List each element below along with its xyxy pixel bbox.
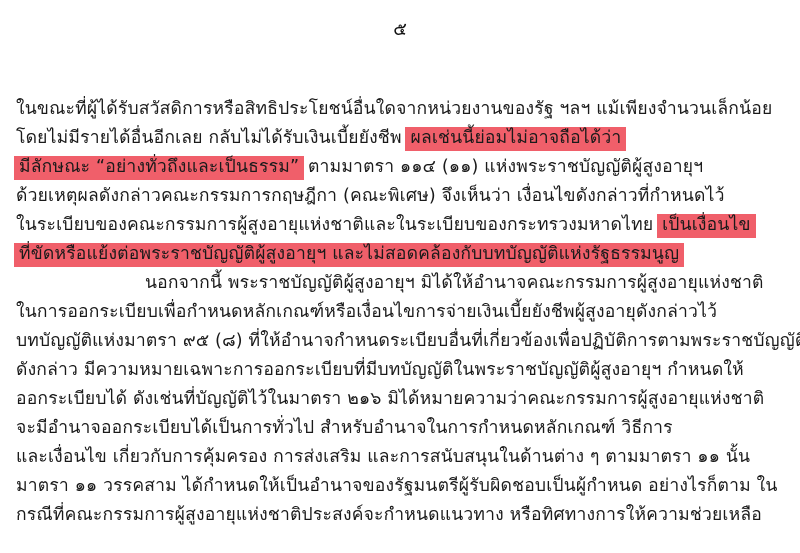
text-line: ที่ขัดหรือแย้งต่อพระราชบัญญัติผู้สูงอายุ… <box>16 239 786 269</box>
text-line: จะมีอำนาจออกระเบียบได้เป็นการทั่วไป สำหร… <box>16 413 786 443</box>
text-line: ในระเบียบของคณะกรรมการผู้สูงอายุแห่งชาติ… <box>16 210 786 240</box>
text-line: ในขณะที่ผู้ได้รับสวัสดิการหรือสิทธิประโย… <box>16 94 786 124</box>
page-number: ๕ <box>0 14 800 43</box>
text-run: ดังกล่าว มีความหมายเฉพาะการออกระเบียบที่… <box>16 360 744 380</box>
highlighted-text: เป็นเงื่อนไข <box>657 214 756 238</box>
text-run: โดยไม่มีรายได้อื่นอีกเลย กลับไม่ได้รับเง… <box>16 128 407 148</box>
highlighted-text: ที่ขัดหรือแย้งต่อพระราชบัญญัติผู้สูงอายุ… <box>14 243 684 267</box>
text-run: ออกระเบียบได้ ดังเช่นที่บัญญัติไว้ในมาตร… <box>16 389 764 409</box>
text-line: ดังกล่าว มีความหมายเฉพาะการออกระเบียบที่… <box>16 355 786 385</box>
text-run: ในขณะที่ผู้ได้รับสวัสดิการหรือสิทธิประโย… <box>16 99 772 119</box>
text-run: ในการออกระเบียบเพื่อกำหนดหลักเกณฑ์หรือเง… <box>16 302 717 322</box>
text-line: โดยไม่มีรายได้อื่นอีกเลย กลับไม่ได้รับเง… <box>16 123 786 153</box>
text-line: ออกระเบียบได้ ดังเช่นที่บัญญัติไว้ในมาตร… <box>16 384 786 414</box>
text-line: นอกจากนี้ พระราชบัญญัติผู้สูงอายุฯ มิได้… <box>145 268 800 298</box>
text-run: จะมีอำนาจออกระเบียบได้เป็นการทั่วไป สำหร… <box>16 418 673 438</box>
highlighted-text: มีลักษณะ “อย่างทั่วถึงและเป็นธรรม” <box>14 156 304 180</box>
text-run: มาตรา ๑๑ วรรคสาม ได้กำหนดให้เป็นอำนาจของ… <box>16 476 778 496</box>
text-run: ในระเบียบของคณะกรรมการผู้สูงอายุแห่งชาติ… <box>16 215 659 235</box>
text-line: ในการออกระเบียบเพื่อกำหนดหลักเกณฑ์หรือเง… <box>16 297 786 327</box>
highlighted-text: ผลเช่นนี้ย่อมไม่อาจถือได้ว่า <box>405 127 626 151</box>
text-run: และเงื่อนไข เกี่ยวกับการคุ้มครอง การส่งเ… <box>16 447 750 467</box>
text-line: ด้วยเหตุผลดังกล่าวคณะกรรมการกฤษฎีกา (คณะ… <box>16 181 786 211</box>
text-line: กรณีที่คณะกรรมการผู้สูงอายุแห่งชาติประสง… <box>16 500 786 530</box>
text-run: บทบัญญัติแห่งมาตรา ๙๕ (๘) ที่ให้อำนาจกำห… <box>16 331 800 351</box>
text-line: และเงื่อนไข เกี่ยวกับการคุ้มครอง การส่งเ… <box>16 442 786 472</box>
text-run: นอกจากนี้ พระราชบัญญัติผู้สูงอายุฯ มิได้… <box>145 273 764 293</box>
text-run: ด้วยเหตุผลดังกล่าวคณะกรรมการกฤษฎีกา (คณะ… <box>16 186 725 206</box>
text-run: กรณีที่คณะกรรมการผู้สูงอายุแห่งชาติประสง… <box>16 505 762 525</box>
text-line: บทบัญญัติแห่งมาตรา ๙๕ (๘) ที่ให้อำนาจกำห… <box>16 326 786 356</box>
text-run: ตามมาตรา ๑๑๔ (๑๑) แห่งพระราชบัญญัติผู้สู… <box>302 157 703 177</box>
text-line: มีลักษณะ “อย่างทั่วถึงและเป็นธรรม” ตามมา… <box>16 152 786 182</box>
text-line: มาตรา ๑๑ วรรคสาม ได้กำหนดให้เป็นอำนาจของ… <box>16 471 786 501</box>
